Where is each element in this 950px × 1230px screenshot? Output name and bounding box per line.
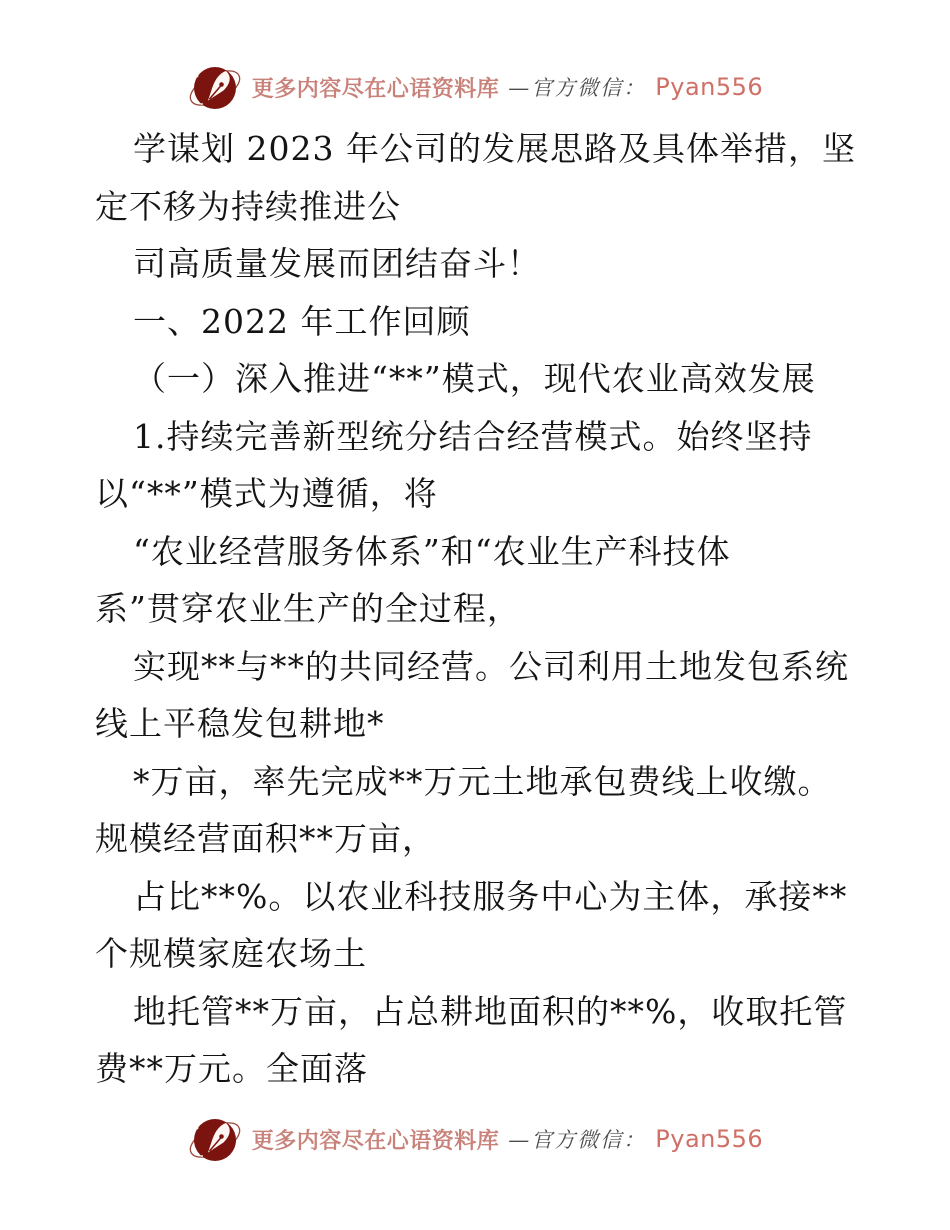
watermark-wechat-label: —官方微信： bbox=[508, 1124, 646, 1154]
watermark-header: 更多内容尽在心语资料库 —官方微信： Pyan556 bbox=[0, 58, 950, 116]
doc-line: 定不移为持续推进公 bbox=[95, 178, 870, 236]
doc-line: 学谋划 2023 年公司的发展思路及具体举措，坚 bbox=[95, 120, 870, 178]
watermark-footer: 更多内容尽在心语资料库 —官方微信： Pyan556 bbox=[0, 1110, 950, 1168]
document-page: 更多内容尽在心语资料库 —官方微信： Pyan556 学谋划 2023 年公司的… bbox=[0, 0, 950, 1230]
doc-line: 司高质量发展而团结奋斗！ bbox=[95, 235, 870, 293]
doc-line: 地托管**万亩，占总耕地面积的**%，收取托管 bbox=[95, 983, 870, 1041]
watermark-brand-text: 更多内容尽在心语资料库 bbox=[252, 1124, 500, 1155]
watermark-wechat-label: —官方微信： bbox=[508, 72, 646, 102]
doc-line: “农业经营服务体系”和“农业生产科技体 bbox=[95, 523, 870, 581]
doc-heading-work-review: 一、2022 年工作回顾 bbox=[95, 293, 870, 351]
doc-line: 实现**与**的共同经营。公司利用土地发包系统 bbox=[95, 638, 870, 696]
pen-nib-logo-icon bbox=[187, 59, 243, 115]
doc-line: 费**万元。全面落 bbox=[95, 1040, 870, 1098]
doc-line: 规模经营面积**万亩， bbox=[95, 810, 870, 868]
watermark-wechat-id: Pyan556 bbox=[655, 73, 763, 101]
watermark-brand-text: 更多内容尽在心语资料库 bbox=[252, 72, 500, 103]
document-body: 学谋划 2023 年公司的发展思路及具体举措，坚 定不移为持续推进公 司高质量发… bbox=[95, 120, 870, 1098]
doc-line: 系”贯穿农业生产的全过程， bbox=[95, 580, 870, 638]
doc-line: 占比**%。以农业科技服务中心为主体，承接** bbox=[95, 868, 870, 926]
watermark-wechat-id: Pyan556 bbox=[655, 1125, 763, 1153]
doc-line: 以“**”模式为遵循，将 bbox=[95, 465, 870, 523]
doc-heading-section-one: （一）深入推进“**”模式，现代农业高效发展 bbox=[95, 350, 870, 408]
doc-line: 1.持续完善新型统分结合经营模式。始终坚持 bbox=[95, 408, 870, 466]
doc-line: *万亩，率先完成**万元土地承包费线上收缴。 bbox=[95, 753, 870, 811]
doc-line: 线上平稳发包耕地* bbox=[95, 695, 870, 753]
doc-line: 个规模家庭农场土 bbox=[95, 925, 870, 983]
pen-nib-logo-icon bbox=[187, 1111, 243, 1167]
